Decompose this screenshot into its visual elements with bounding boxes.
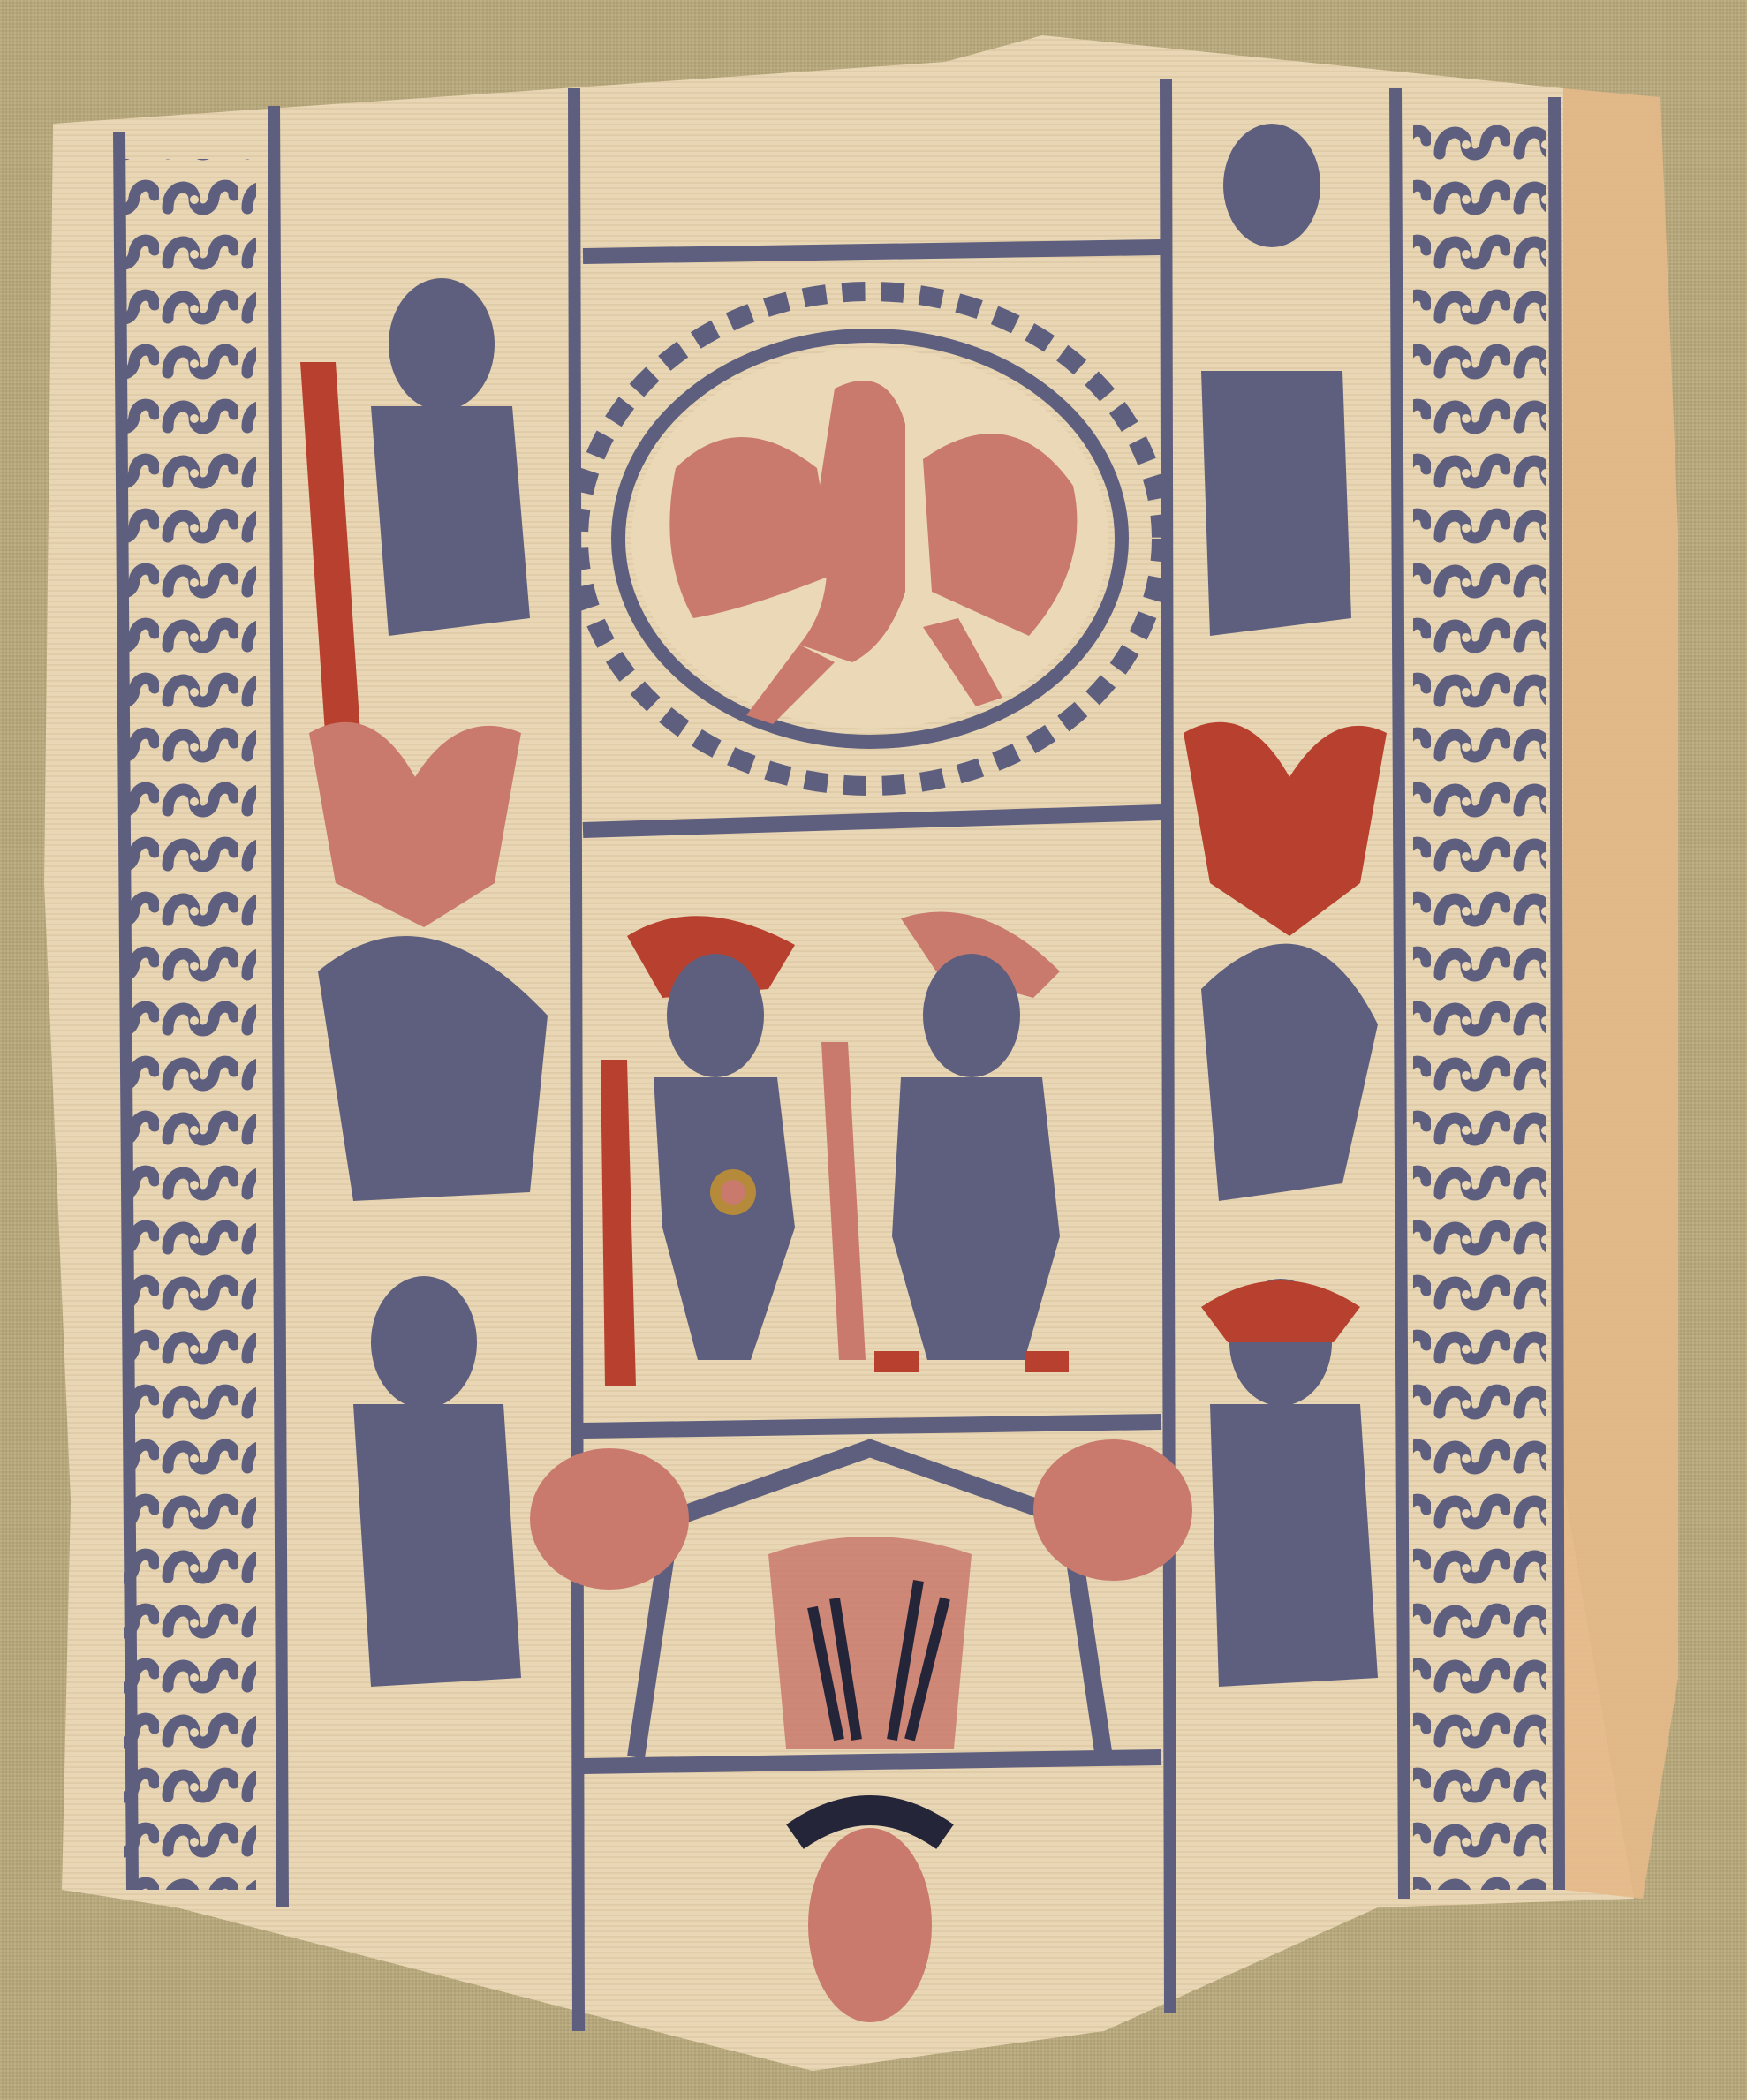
left-scroll-border xyxy=(124,159,256,1890)
right-scroll-border xyxy=(1413,124,1546,1890)
textile-fragment xyxy=(0,0,1747,2100)
fringe-band xyxy=(1563,88,1678,1899)
